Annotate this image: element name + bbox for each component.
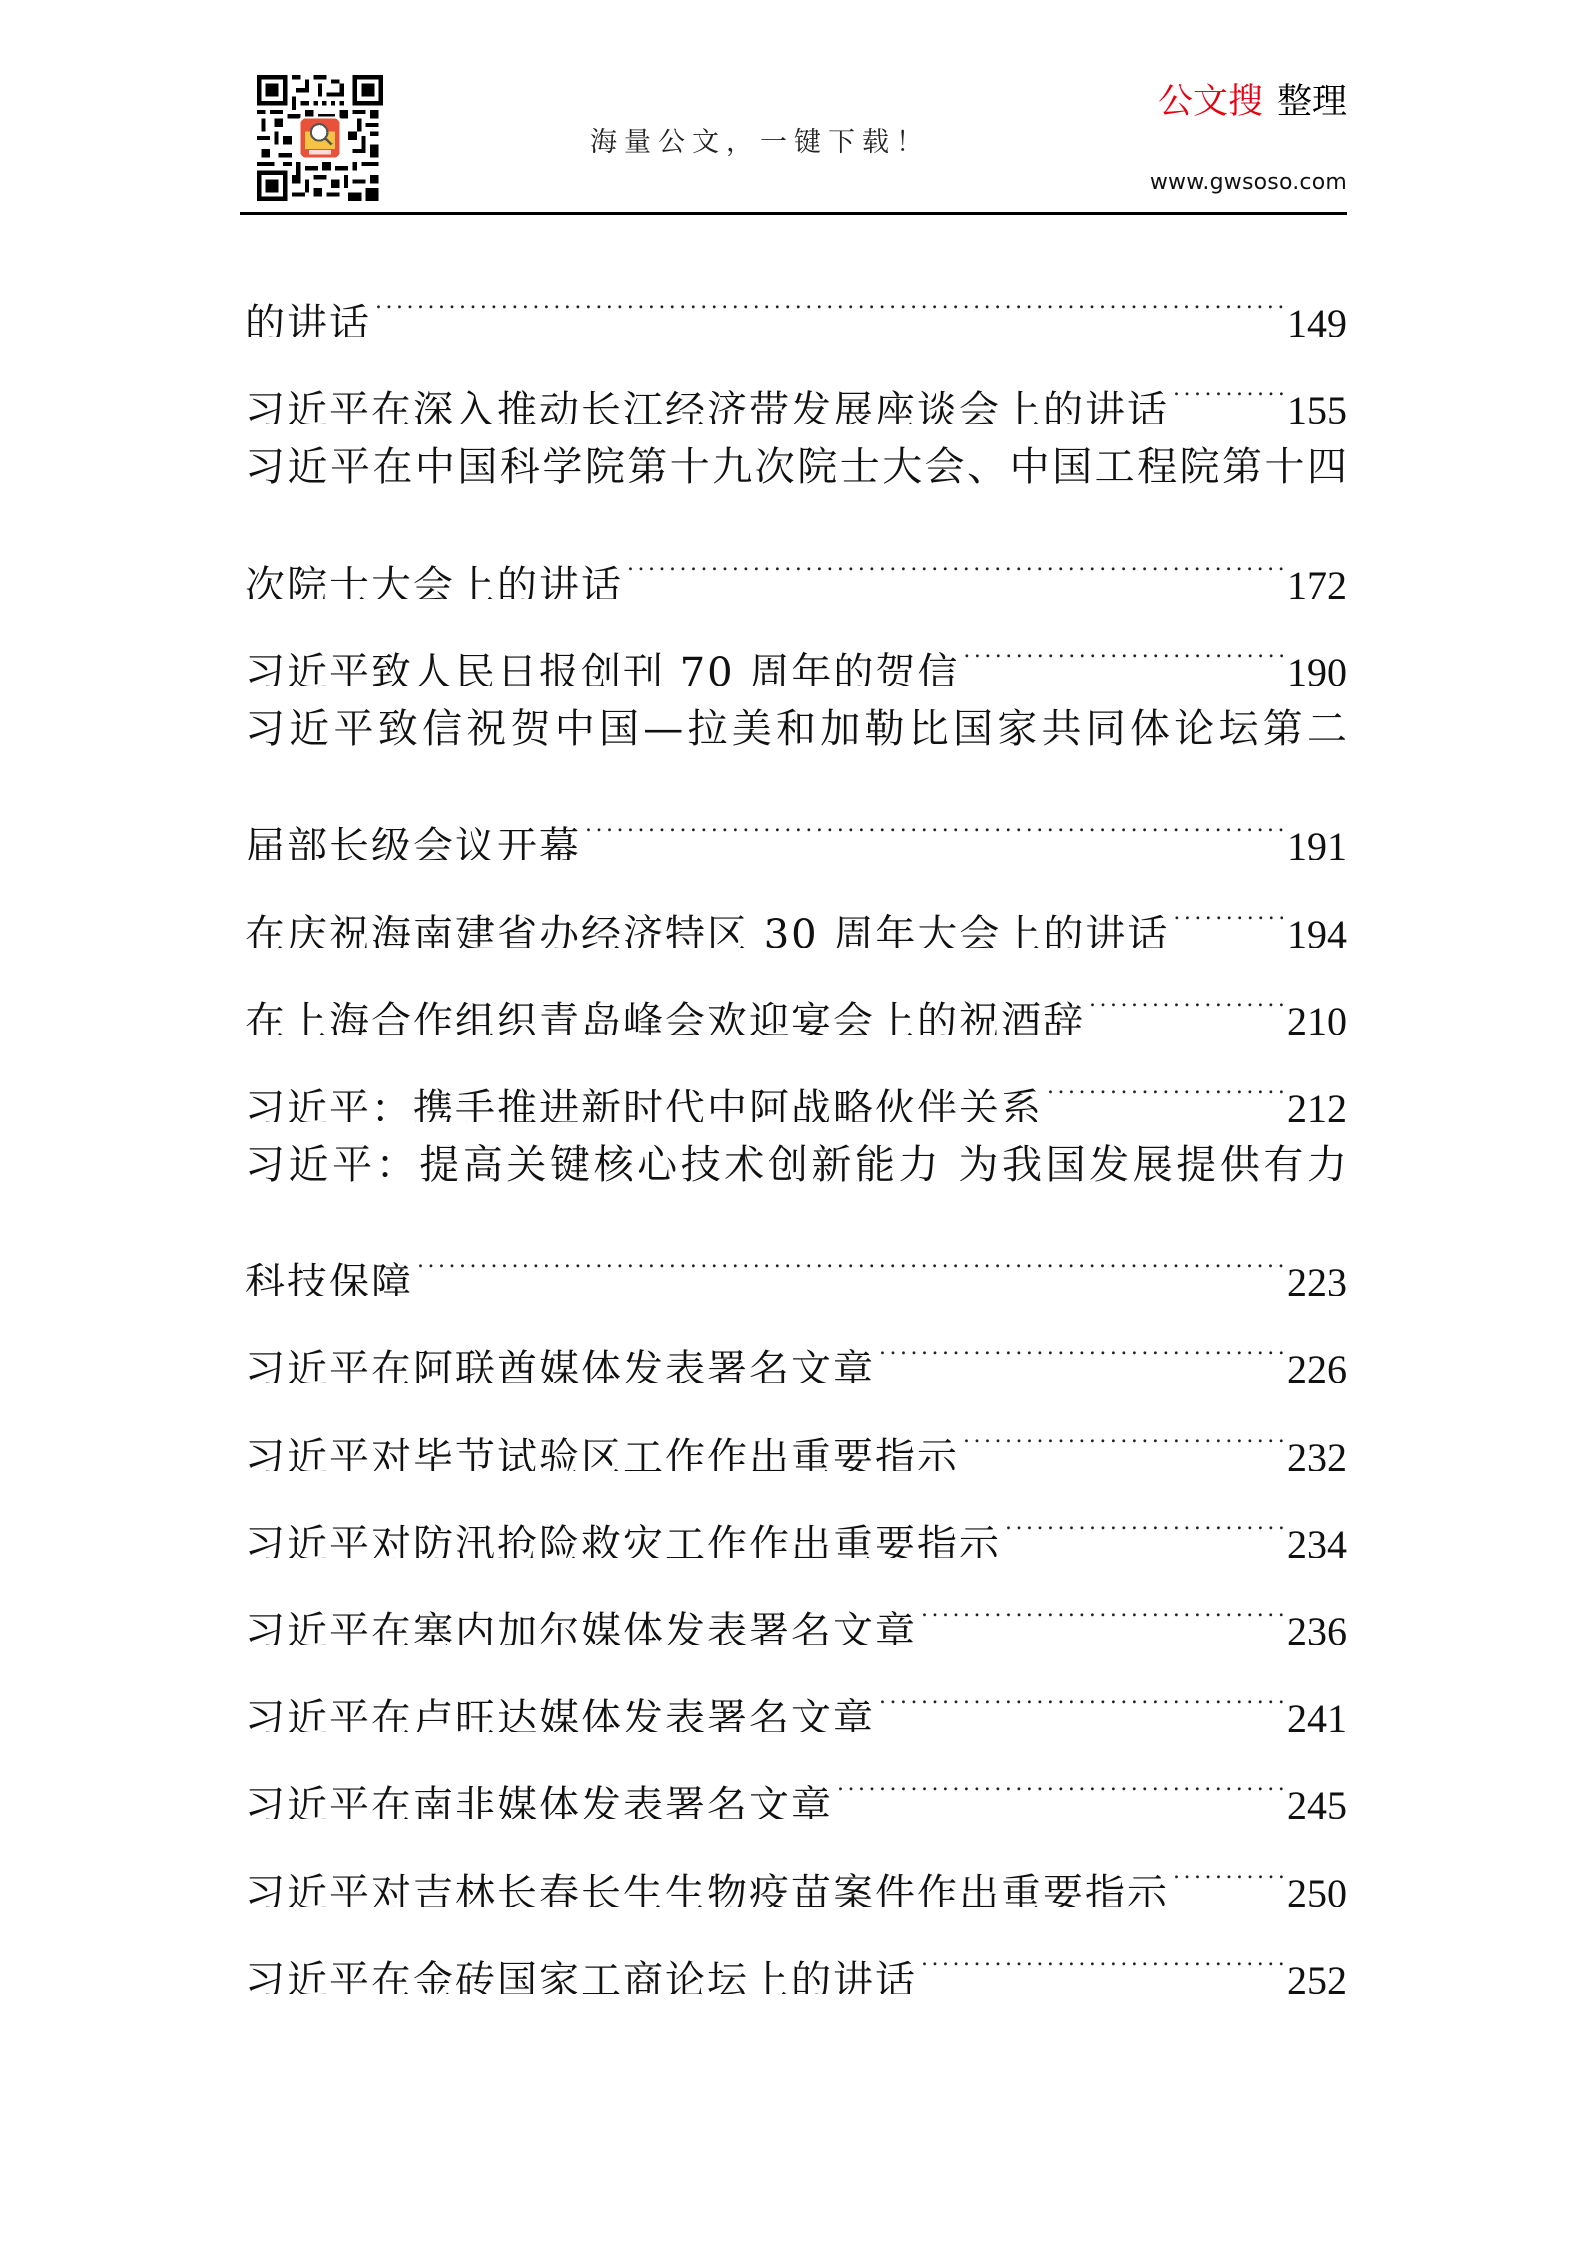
toc-page-number[interactable]: 210 <box>1287 978 1347 1035</box>
document-page: 海量公文，一键下载！ 公文搜整理 www.gwsoso.com 的讲话149习近… <box>0 0 1587 2245</box>
toc-entry[interactable]: 习近平在金砖国家工商论坛上的讲话252 <box>245 1907 1347 1994</box>
dot-leader <box>879 1296 1283 1383</box>
toc-entry-title[interactable]: 习近平在金砖国家工商论坛上的讲话 <box>245 1938 917 1994</box>
toc-entry-line: 习近平对防汛抢险救灾工作作出重要指示234 <box>245 1471 1347 1558</box>
dot-leader <box>879 1645 1283 1732</box>
toc-entry-title[interactable]: 次院士大会上的讲话 <box>245 543 623 599</box>
toc-entry[interactable]: 习近平对防汛抢险救灾工作作出重要指示234 <box>245 1471 1347 1558</box>
dot-leader <box>837 1732 1283 1819</box>
toc-entry-title[interactable]: 习近平：携手推进新时代中阿战略伙伴关系 <box>245 1066 1043 1122</box>
toc-page-number[interactable]: 191 <box>1287 803 1347 860</box>
dot-leader <box>627 512 1283 599</box>
toc-page-number[interactable]: 226 <box>1287 1326 1347 1383</box>
toc-entry-title[interactable]: 习近平在南非媒体发表署名文章 <box>245 1763 833 1819</box>
brand-logo: 公文搜整理 <box>1158 80 1347 124</box>
toc-entry-line: 的讲话149 <box>245 250 1347 337</box>
toc-page-number[interactable]: 234 <box>1287 1501 1347 1558</box>
toc-entry-title-wrap: 习近平：提高关键核心技术创新能力 为我国发展提供有力 <box>245 1122 1347 1209</box>
toc-entry-title[interactable]: 在庆祝海南建省办经济特区 30 周年大会上的讲话 <box>245 892 1169 948</box>
toc-entry[interactable]: 习近平对吉林长春长生生物疫苗案件作出重要指示250 <box>245 1819 1347 1906</box>
dot-leader <box>921 1907 1283 1994</box>
toc-entry-line: 习近平在深入推动长江经济带发展座谈会上的讲话155 <box>245 337 1347 424</box>
dot-leader <box>417 1209 1283 1296</box>
dot-leader <box>1173 860 1283 947</box>
toc-entry-title[interactable]: 习近平对吉林长春长生生物疫苗案件作出重要指示 <box>245 1851 1169 1907</box>
toc-entry-line: 习近平在塞内加尔媒体发表署名文章236 <box>245 1558 1347 1645</box>
toc-entry-title[interactable]: 届部长级会议开幕 <box>245 804 581 860</box>
toc-entry-title-wrap: 习近平致信祝贺中国—拉美和加勒比国家共同体论坛第二 <box>245 686 1347 773</box>
toc-entry[interactable]: 习近平在中国科学院第十九次院士大会、中国工程院第十四次院士大会上的讲话172 <box>245 424 1347 598</box>
toc-entry-title[interactable]: 习近平对毕节试验区工作作出重要指示 <box>245 1415 959 1471</box>
toc-entry-title-line: 习近平致信祝贺中国—拉美和加勒比国家共同体论坛第二 <box>245 686 1347 773</box>
toc-entry-title[interactable]: 习近平在卢旺达媒体发表署名文章 <box>245 1676 875 1732</box>
toc-entry-line: 次院士大会上的讲话172 <box>245 512 1347 599</box>
dot-leader <box>1089 948 1283 1035</box>
toc-page-number[interactable]: 232 <box>1287 1414 1347 1471</box>
toc-entry-title[interactable]: 在上海合作组织青岛峰会欢迎宴会上的祝酒辞 <box>245 979 1085 1035</box>
toc-entry-line: 习近平在南非媒体发表署名文章245 <box>245 1732 1347 1819</box>
toc-entry-line: 习近平在金砖国家工商论坛上的讲话252 <box>245 1907 1347 1994</box>
brand-suffix: 整理 <box>1277 82 1347 122</box>
toc-page-number[interactable]: 194 <box>1287 891 1347 948</box>
dot-leader <box>921 1558 1283 1645</box>
toc-entry-title[interactable]: 习近平致人民日报创刊 70 周年的贺信 <box>245 630 959 686</box>
dot-leader <box>1173 337 1283 424</box>
toc-entry[interactable]: 习近平在阿联酋媒体发表署名文章226 <box>245 1296 1347 1383</box>
toc-entry-line: 在庆祝海南建省办经济特区 30 周年大会上的讲话194 <box>245 860 1347 947</box>
toc-entry-title[interactable]: 习近平在塞内加尔媒体发表署名文章 <box>245 1589 917 1645</box>
toc-page-number[interactable]: 250 <box>1287 1850 1347 1907</box>
toc-entry-title[interactable]: 习近平在阿联酋媒体发表署名文章 <box>245 1327 875 1383</box>
toc-page-number[interactable]: 190 <box>1287 629 1347 686</box>
toc-entry[interactable]: 习近平致信祝贺中国—拉美和加勒比国家共同体论坛第二届部长级会议开幕191 <box>245 686 1347 860</box>
toc-entry[interactable]: 习近平在南非媒体发表署名文章245 <box>245 1732 1347 1819</box>
toc-entry[interactable]: 习近平对毕节试验区工作作出重要指示232 <box>245 1383 1347 1470</box>
dot-leader <box>1173 1819 1283 1906</box>
toc-page-number[interactable]: 149 <box>1287 280 1347 337</box>
dot-leader <box>375 250 1283 337</box>
header-divider <box>240 212 1347 215</box>
toc-entry-line: 习近平对吉林长春长生生物疫苗案件作出重要指示250 <box>245 1819 1347 1906</box>
toc-entry-line: 习近平在阿联酋媒体发表署名文章226 <box>245 1296 1347 1383</box>
toc-entry[interactable]: 习近平在深入推动长江经济带发展座谈会上的讲话155 <box>245 337 1347 424</box>
toc-entry-title[interactable]: 习近平在深入推动长江经济带发展座谈会上的讲话 <box>245 368 1169 424</box>
toc-entry[interactable]: 习近平：提高关键核心技术创新能力 为我国发展提供有力科技保障223 <box>245 1122 1347 1296</box>
toc-entry[interactable]: 习近平致人民日报创刊 70 周年的贺信190 <box>245 599 1347 686</box>
toc-entry-title[interactable]: 的讲话 <box>245 281 371 337</box>
dot-leader <box>963 599 1283 686</box>
dot-leader <box>963 1383 1283 1470</box>
toc-entry-line: 科技保障223 <box>245 1209 1347 1296</box>
toc-page-number[interactable]: 212 <box>1287 1065 1347 1122</box>
dot-leader <box>1047 1035 1283 1122</box>
toc-entry-title[interactable]: 习近平对防汛抢险救灾工作作出重要指示 <box>245 1502 1001 1558</box>
dot-leader <box>585 773 1283 860</box>
toc-page-number[interactable]: 155 <box>1287 367 1347 424</box>
site-url[interactable]: www.gwsoso.com <box>1150 170 1347 195</box>
toc-page-number[interactable]: 241 <box>1287 1675 1347 1732</box>
toc-entry-line: 习近平：携手推进新时代中阿战略伙伴关系212 <box>245 1035 1347 1122</box>
toc-page-number[interactable]: 236 <box>1287 1588 1347 1645</box>
toc-entry-line: 届部长级会议开幕191 <box>245 773 1347 860</box>
table-of-contents: 的讲话149习近平在深入推动长江经济带发展座谈会上的讲话155习近平在中国科学院… <box>245 250 1347 1994</box>
toc-entry[interactable]: 在上海合作组织青岛峰会欢迎宴会上的祝酒辞210 <box>245 948 1347 1035</box>
toc-entry-title-line: 习近平在中国科学院第十九次院士大会、中国工程院第十四 <box>245 424 1347 511</box>
toc-entry-line: 习近平对毕节试验区工作作出重要指示232 <box>245 1383 1347 1470</box>
toc-entry[interactable]: 在庆祝海南建省办经济特区 30 周年大会上的讲话194 <box>245 860 1347 947</box>
slogan: 海量公文，一键下载！ <box>575 120 945 159</box>
brand-name: 公文搜 <box>1158 82 1263 122</box>
toc-entry-title[interactable]: 科技保障 <box>245 1240 413 1296</box>
toc-page-number[interactable]: 223 <box>1287 1239 1347 1296</box>
toc-entry-line: 习近平在卢旺达媒体发表署名文章241 <box>245 1645 1347 1732</box>
toc-entry[interactable]: 习近平在塞内加尔媒体发表署名文章236 <box>245 1558 1347 1645</box>
toc-entry-title-line: 习近平：提高关键核心技术创新能力 为我国发展提供有力 <box>245 1122 1347 1209</box>
toc-entry[interactable]: 习近平在卢旺达媒体发表署名文章241 <box>245 1645 1347 1732</box>
toc-page-number[interactable]: 252 <box>1287 1937 1347 1994</box>
qr-code-icon[interactable] <box>255 75 385 201</box>
toc-page-number[interactable]: 245 <box>1287 1762 1347 1819</box>
toc-entry[interactable]: 习近平：携手推进新时代中阿战略伙伴关系212 <box>245 1035 1347 1122</box>
toc-entry-title-wrap: 习近平在中国科学院第十九次院士大会、中国工程院第十四 <box>245 424 1347 511</box>
toc-page-number[interactable]: 172 <box>1287 542 1347 599</box>
toc-entry[interactable]: 的讲话149 <box>245 250 1347 337</box>
dot-leader <box>1005 1471 1283 1558</box>
toc-entry-line: 习近平致人民日报创刊 70 周年的贺信190 <box>245 599 1347 686</box>
toc-entry-line: 在上海合作组织青岛峰会欢迎宴会上的祝酒辞210 <box>245 948 1347 1035</box>
